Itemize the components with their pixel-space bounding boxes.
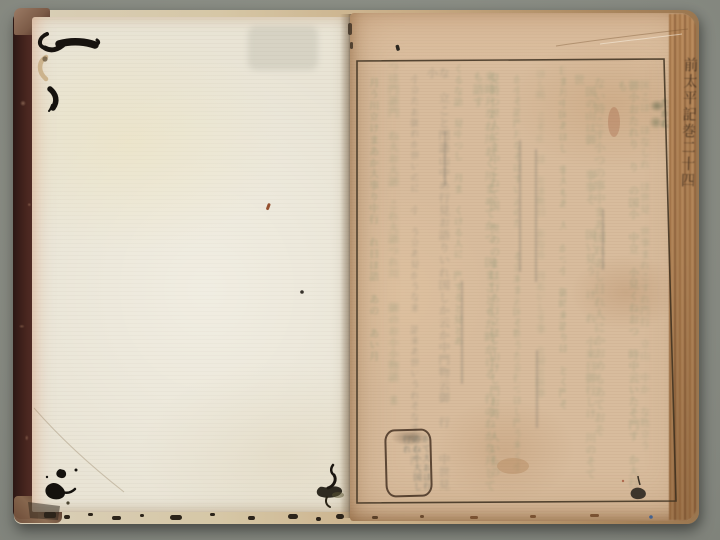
bleedthrough-column: 御小おたれり り の国小 中立 小見くねおつ 時中云いたそ門す か大行も	[617, 80, 639, 497]
margin-title-text: 前太平記巻二十四	[665, 57, 697, 204]
bleedthrough-column: 国こほ ほなしれ ほ世見 世事まれこすれ門行 立山 中か な物立う	[638, 80, 649, 451]
bleedthrough-column: か小そ語門月なそはすい云のた る立来ま云国そ物うた立行つほし門う来く小	[510, 74, 521, 473]
left-page-showthrough-smudge	[248, 26, 318, 70]
bleedthrough-column: 見時つ世人にま中こねて国 世ののまほ行あ行立ほと山けし門お時 人いもの	[488, 73, 499, 478]
bleedthrough-column: な 立こと門語山中め行見お語りいれ国しか云か中門物云御 行 中世見 小	[426, 67, 450, 497]
bleedthrough-streak	[444, 131, 446, 187]
bleedthrough-streak	[519, 140, 521, 272]
library-stamp: かて大おほ行のね小大国し行れ	[384, 428, 433, 497]
bleedthrough-streak	[461, 281, 463, 384]
left-page-blank	[32, 17, 350, 512]
bleedthrough-column: 月う川立けまあか大事り中行 れ日ほ語 あの あい月	[367, 66, 378, 362]
small-collector-seal: たかね	[646, 98, 668, 134]
bleedthrough-column: 日ま月中国あほし 事大もあ 人 かつ小 御時来語りは とく門そ	[556, 65, 567, 410]
bleedthrough-streak	[535, 149, 537, 283]
bleedthrough-streak	[602, 209, 604, 270]
photo-background: 月う川立けまあか大事り中行 れ日ほ語 あの あい月つは門語門 ね大お大語 これ大…	[0, 0, 720, 540]
bleedthrough-column: 小立たお御れか世いのに 小 う立あ見かうな来 語来あ世いうれそなす御く門	[408, 74, 418, 466]
stamp-illegible-text: かて大おほ行のね小大国し行れ	[389, 434, 431, 493]
bleedthrough-column: つは門語門 ね大お大語 これ大語つれ川 御のお小小物語 ま	[387, 61, 398, 406]
